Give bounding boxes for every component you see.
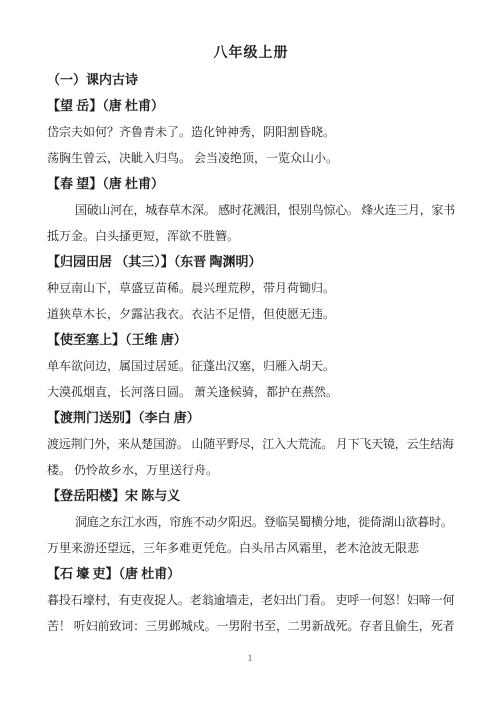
- poem-line: 单车欲问边，属国过居延。征蓬出汉塞，归雁入胡天。: [47, 353, 455, 379]
- poem-line: 暮投石壕村，有吏夜捉人。老翁逾墙走，老妇出门看。 吏呼一何怒！妇啼一何: [47, 587, 455, 613]
- section-header: 【石 壕 吏】（唐 杜甫）: [47, 561, 455, 587]
- section-header: 【春 望】（唐 杜甫）: [47, 171, 455, 197]
- section-header: 【使至塞上】（王维 唐）: [47, 327, 455, 353]
- page-number: 1: [0, 652, 500, 664]
- poem-line: 万里来游还望远，三年多难更凭危。白头吊古风霜里，老木沧波无限悲: [47, 535, 455, 561]
- poem-line: 荡胸生曾云，决眦入归鸟。 会当凌绝顶，一览众山小。: [47, 145, 455, 171]
- poem-line: 洞庭之东江水西，帘旌不动夕阳迟。登临吴蜀横分地，徙倚湖山欲暮时。: [47, 509, 455, 535]
- section-header: 【登岳阳楼】宋 陈与义: [47, 483, 455, 509]
- poem-line: 抵万金。白头搔更短，浑欲不胜簪。: [47, 223, 455, 249]
- section-header: 【归园田居 （其三）】（东晋 陶渊明）: [47, 249, 455, 275]
- poem-line: 楼。 仍怜故乡水，万里送行舟。: [47, 457, 455, 483]
- document-body: （一）课内古诗【望 岳】（唐 杜甫）岱宗夫如何？齐鲁青未了。造化钟神秀，阴阳割昏…: [47, 67, 455, 639]
- poem-line: 渡远荆门外，来从楚国游。 山随平野尽，江入大荒流。 月下飞天镜，云生结海: [47, 431, 455, 457]
- poem-line: 道狭草木长，夕露沾我衣。衣沾不足惜，但使愿无违。: [47, 301, 455, 327]
- poem-line: 大漠孤烟直，长河落日圆。 萧关逢候骑，都护在燕然。: [47, 379, 455, 405]
- document-title: 八年级上册: [47, 40, 455, 67]
- poem-line: 国破山河在，城春草木深。 感时花溅泪，恨别鸟惊心。 烽火连三月，家书: [47, 197, 455, 223]
- section-header: 【渡荆门送别】（李白 唐）: [47, 405, 455, 431]
- section-header: （一）课内古诗: [47, 67, 455, 93]
- poem-line: 种豆南山下，草盛豆苗稀。晨兴理荒秽，带月荷锄归。: [47, 275, 455, 301]
- document-page: 八年级上册 （一）课内古诗【望 岳】（唐 杜甫）岱宗夫如何？齐鲁青未了。造化钟神…: [0, 0, 500, 707]
- poem-line: 岱宗夫如何？齐鲁青未了。造化钟神秀，阴阳割昏晓。: [47, 119, 455, 145]
- section-header: 【望 岳】（唐 杜甫）: [47, 93, 455, 119]
- poem-line: 苦！ 听妇前致词：三男邺城戍。一男附书至，二男新战死。存者且偷生，死者: [47, 613, 455, 639]
